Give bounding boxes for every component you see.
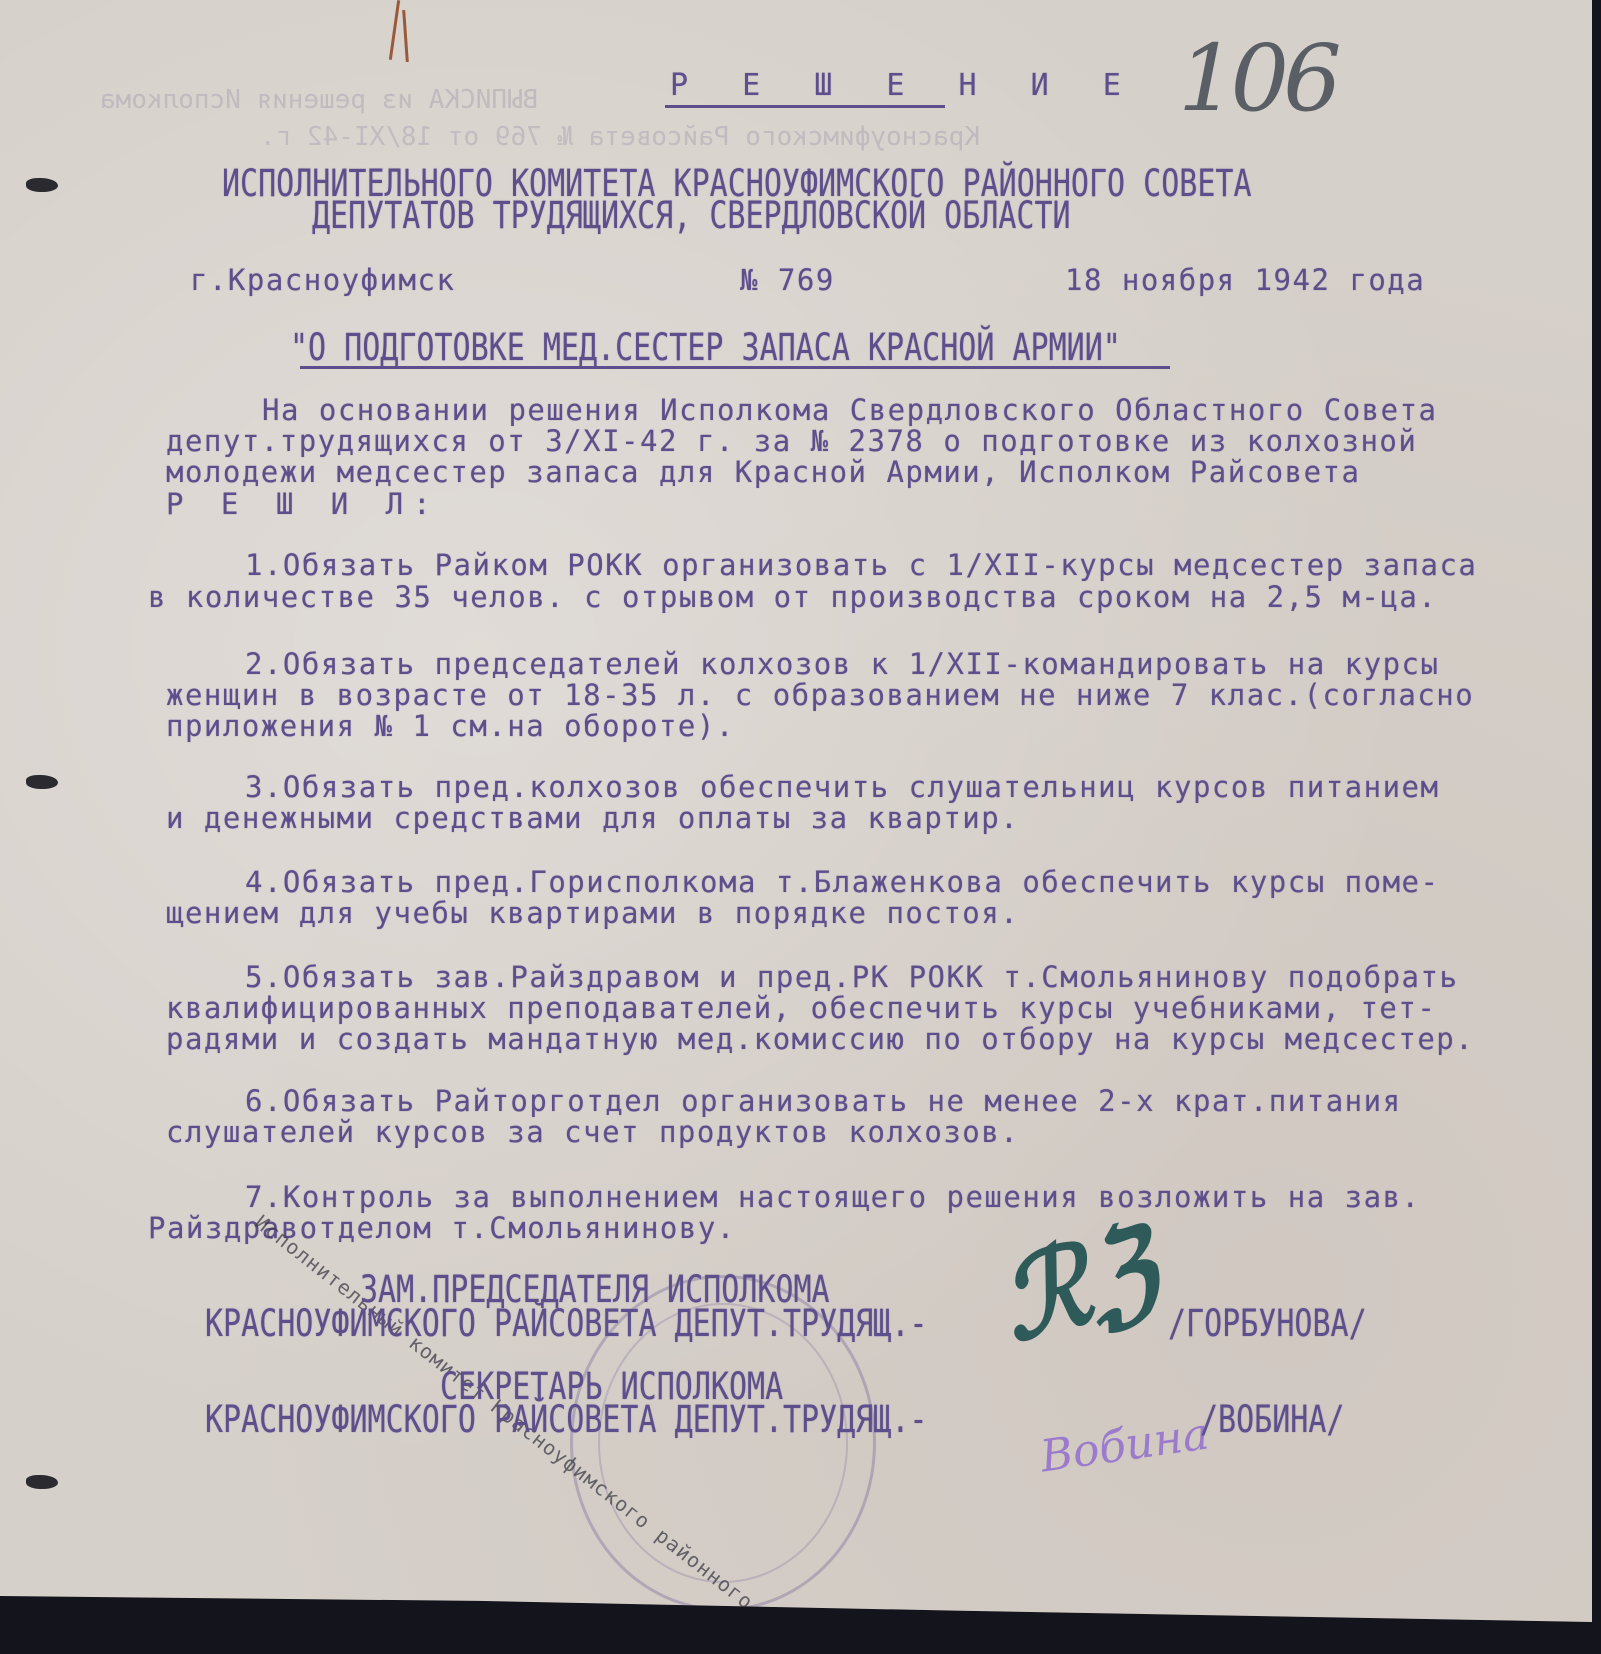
signatory-2-title: КРАСНОУФИМСКОГО РАЙСОВЕТА ДЕПУТ.ТРУДЯЩ.- <box>205 1398 927 1442</box>
item-2-line: женщин в возрасте от 18-35 л. с образова… <box>166 678 1474 712</box>
document-number: № 769 <box>740 263 835 297</box>
item-2-line: приложения № 1 см.на обороте). <box>166 709 735 743</box>
subject: "О ПОДГОТОВКЕ МЕД.СЕСТЕР ЗАПАСА КРАСНОЙ … <box>290 326 1121 370</box>
city: г.Красноуфимск <box>190 263 455 297</box>
signatory-1-name: /ГОРБУНОВА/ <box>1168 1302 1367 1346</box>
item-3-line: 3.Обязать пред.колхозов обеспечить слуша… <box>245 770 1439 804</box>
resolved-label: Р Е Ш И Л: <box>166 487 441 521</box>
item-5-line: 5.Обязать зав.Райздравом и пред.РК РОКК … <box>245 960 1458 994</box>
item-5-line: радями и создать мандатную мед.комиссию … <box>166 1022 1474 1056</box>
folio-number: 106 <box>1178 25 1336 132</box>
bleed-through-text: ВЫПИСКА из решения Исполкома <box>100 85 538 115</box>
handwritten-signature: ℛℨ <box>986 1202 1170 1367</box>
punch-hole <box>26 178 58 192</box>
item-6-line: слушателей курсов за счет продуктов колх… <box>166 1115 1019 1149</box>
signatory-1-title: КРАСНОУФИМСКОГО РАЙСОВЕТА ДЕПУТ.ТРУДЯЩ.- <box>205 1302 927 1346</box>
title-underline <box>665 105 945 108</box>
signatory-2-name: /ВОБИНА/ <box>1200 1398 1345 1442</box>
item-5-line: квалифицированных преподавателей, обеспе… <box>166 991 1436 1025</box>
item-7-line: 7.Контроль за выполнением настоящего реш… <box>245 1180 1421 1214</box>
punch-hole <box>26 775 58 789</box>
pencil-mark <box>402 10 409 62</box>
item-7-line: Райздравотделом т.Смольянинову. <box>148 1211 736 1245</box>
bleed-through-text: Красноуфимского Райсовета № 769 от 18/XI… <box>260 122 980 152</box>
issuer-line-2: ДЕПУТАТОВ ТРУДЯЩИХСЯ, СВЕРДЛОВСКОЙ ОБЛАС… <box>312 194 1071 238</box>
preamble-line: депут.трудящихся от 3/XI-42 г. за № 2378… <box>166 424 1417 458</box>
item-1-line: в количестве 35 челов. с отрывом от прои… <box>148 580 1437 614</box>
punch-hole <box>26 1475 58 1489</box>
item-4-line: 4.Обязать пред.Горисполкома т.Блаженкова… <box>245 865 1439 899</box>
preamble-line: На основании решения Исполкома Свердловс… <box>262 393 1438 427</box>
item-6-line: 6.Обязать Райторготдел организовать не м… <box>245 1084 1402 1118</box>
preamble-line: молодежи медсестер запаса для Красной Ар… <box>166 455 1360 489</box>
item-2-line: 2.Обязать председателей колхозов к 1/XII… <box>245 647 1439 681</box>
pencil-mark <box>389 0 400 60</box>
document-date: 18 ноября 1942 года <box>1065 263 1425 297</box>
subject-underline <box>300 366 1170 369</box>
document-page: 106 ВЫПИСКА из решения Исполкома Красноу… <box>0 0 1592 1622</box>
item-4-line: щением для учебы квартирами в порядке по… <box>166 896 1019 930</box>
handwritten-signature: Вобина <box>1037 1408 1212 1482</box>
document-title: Р Е Ш Е Н И Е <box>670 68 1139 103</box>
item-1-line: 1.Обязать Райком РОКК организовать с 1/X… <box>245 548 1477 582</box>
item-3-line: и денежными средствами для оплаты за ква… <box>166 801 1019 835</box>
